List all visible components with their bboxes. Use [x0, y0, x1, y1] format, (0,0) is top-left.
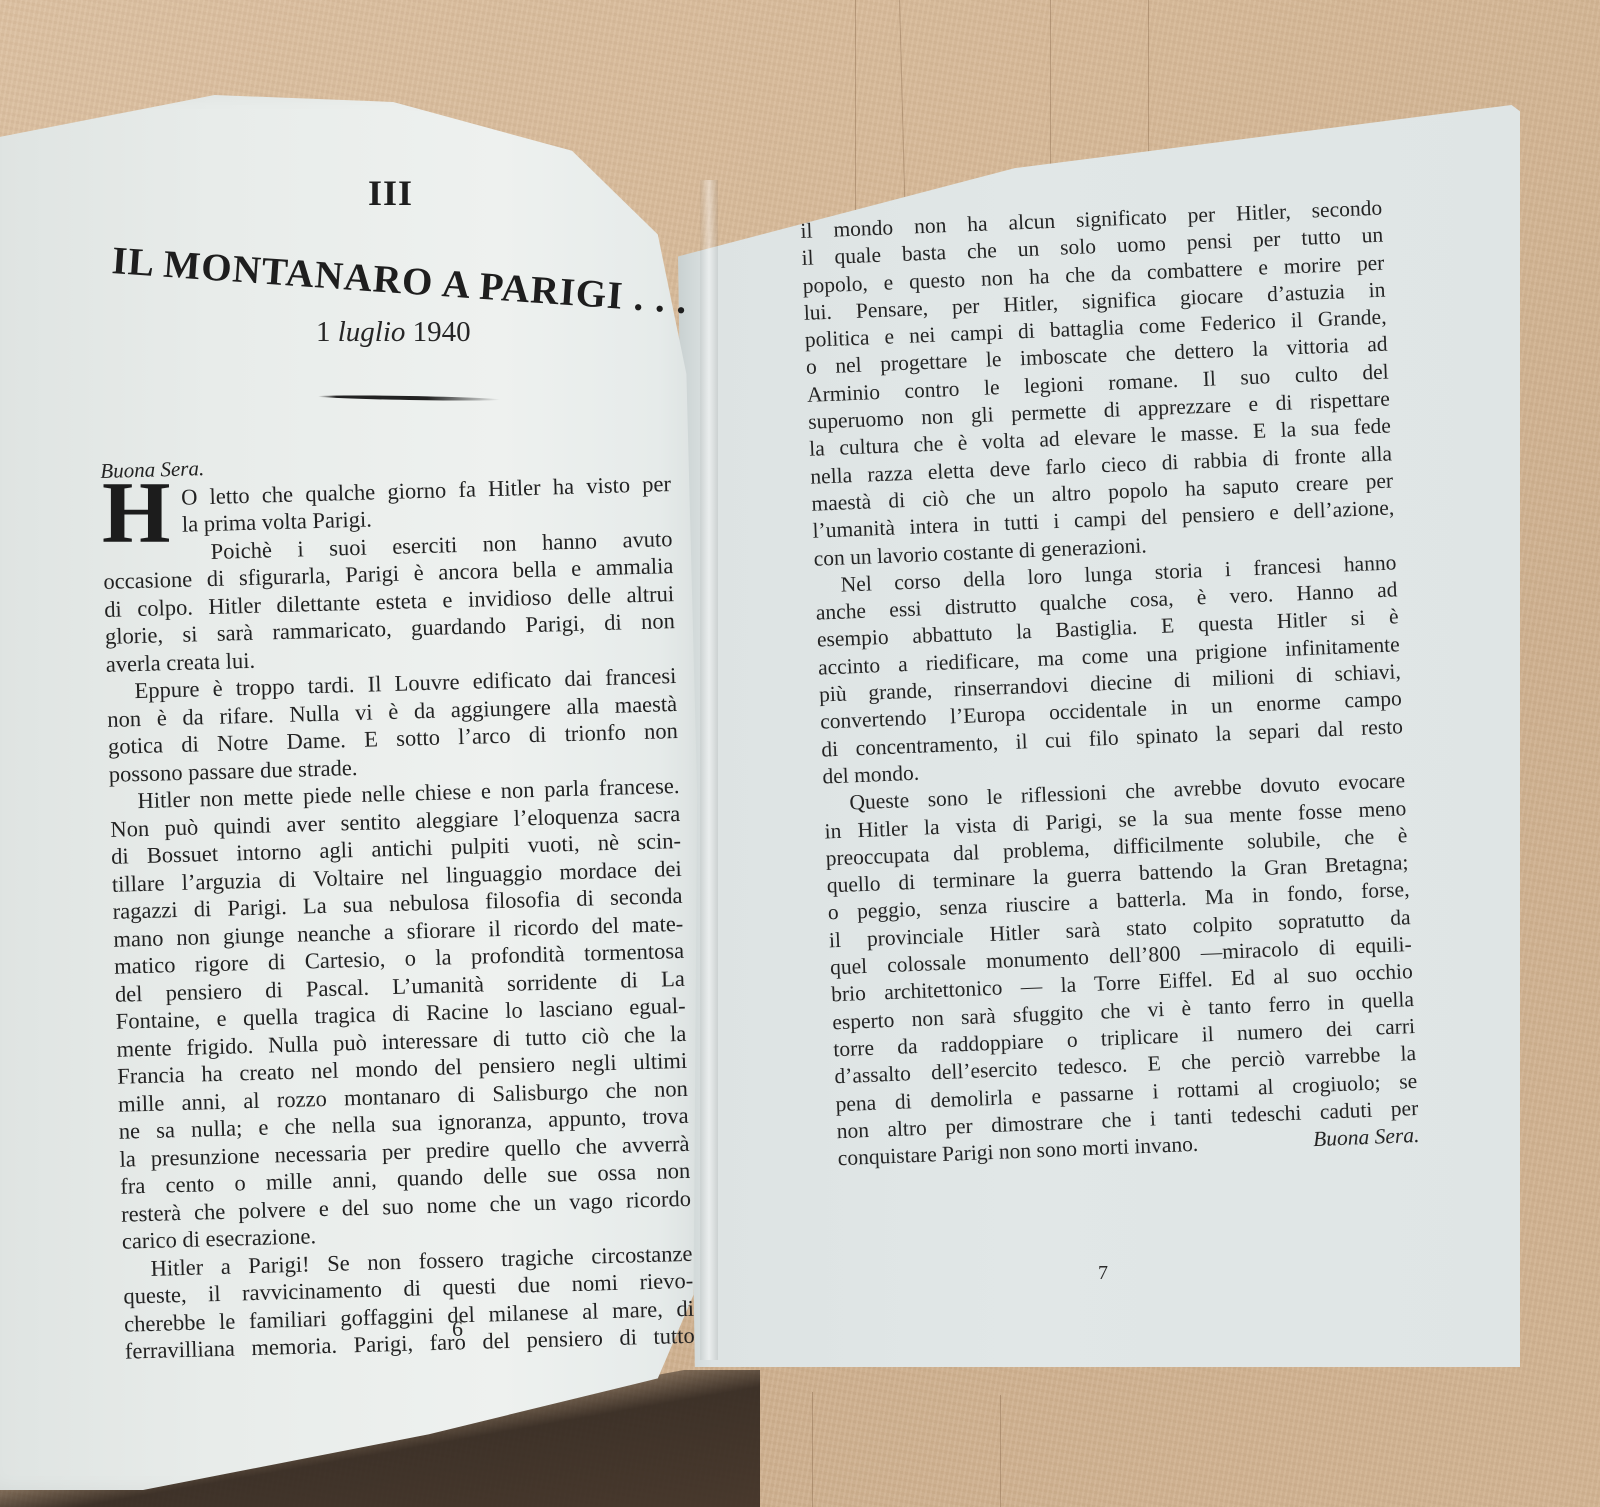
- drop-cap: H: [102, 470, 170, 558]
- date-month: luglio: [338, 316, 406, 348]
- date-year: 1940: [413, 316, 471, 348]
- chapter-number: III: [368, 172, 413, 214]
- page-number-right: 7: [1098, 1262, 1108, 1285]
- booklet-spine: [700, 180, 718, 1360]
- table-crack: [1000, 1395, 1001, 1507]
- right-page-body: il mondo non ha alcun significato per Hi…: [800, 195, 1420, 1173]
- left-page-body: Buona Sera. O letto che qualche giorno f…: [100, 442, 695, 1365]
- page-number-left: 6: [452, 1316, 463, 1342]
- closing-greeting: Buona Sera.: [1313, 1122, 1420, 1154]
- table-crack: [812, 1392, 813, 1507]
- date-day: 1: [316, 316, 331, 348]
- chapter-date: 1 luglio 1940: [316, 316, 471, 349]
